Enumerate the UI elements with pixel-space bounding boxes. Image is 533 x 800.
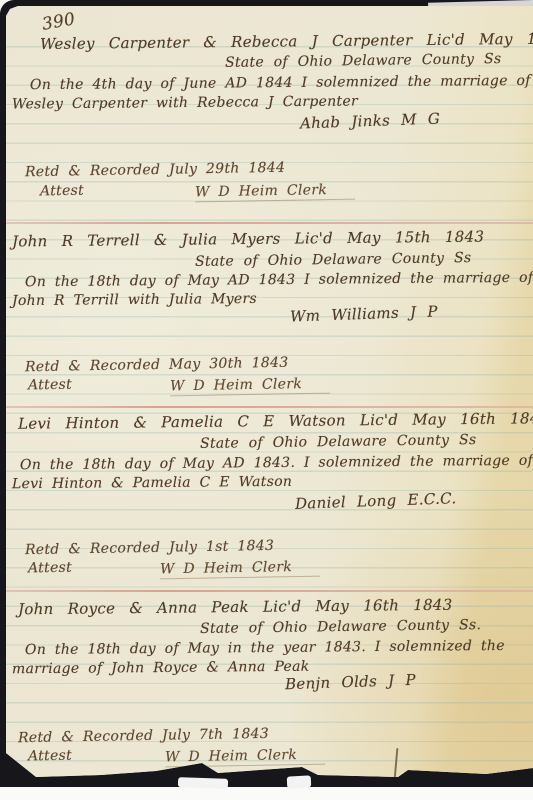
state-county-line: State of Ohio Delaware County Ss bbox=[225, 51, 502, 71]
section-divider-line bbox=[6, 406, 533, 408]
photo-bottom-background bbox=[0, 787, 533, 800]
paper-tear-crack bbox=[394, 748, 399, 780]
recorded-line: Retd & Recorded July 7th 1843 bbox=[18, 726, 269, 746]
attest-label: Attest bbox=[28, 377, 72, 394]
state-county-line: State of Ohio Delaware County Ss bbox=[195, 250, 472, 270]
couple-line: John R Terrill with Julia Myers bbox=[12, 291, 257, 309]
couple-line: marriage of John Royce & Anna Peak bbox=[12, 659, 310, 678]
clerk-signature: W D Heim Clerk bbox=[160, 559, 320, 580]
recorded-line: Retd & Recorded July 29th 1844 bbox=[25, 160, 285, 181]
torn-edge-notch bbox=[287, 775, 312, 788]
license-line: John R Terrell & Julia Myers Lic'd May 1… bbox=[12, 228, 484, 251]
section-divider-line bbox=[6, 590, 533, 592]
solemnized-line: On the 18th day of May AD 1843. I solemn… bbox=[20, 453, 533, 473]
state-county-line: State of Ohio Delaware County Ss. bbox=[200, 617, 481, 637]
officiant-signature: Ahab Jinks M G bbox=[300, 110, 441, 133]
page-number: 390 bbox=[41, 9, 77, 34]
attest-label: Attest bbox=[40, 183, 84, 200]
officiant-signature: Wm Williams J P bbox=[290, 302, 438, 325]
recorded-line: Retd & Recorded July 1st 1843 bbox=[25, 538, 274, 558]
scanned-ledger-photo: { "page_number": "390", "colors": { "pap… bbox=[0, 0, 533, 800]
ledger-page: 390 Wesley Carpenter & Rebecca J Carpent… bbox=[6, 6, 533, 778]
torn-edge-notch bbox=[178, 777, 228, 789]
attest-label: Attest bbox=[28, 748, 72, 765]
license-line: Wesley Carpenter & Rebecca J Carpenter L… bbox=[40, 29, 533, 53]
solemnized-line: On the 18th day of May in the year 1843.… bbox=[25, 638, 505, 658]
solemnized-line: On the 4th day of June AD 1844 I solemni… bbox=[30, 73, 531, 93]
section-divider-line bbox=[6, 222, 533, 224]
couple-line: Levi Hinton & Pamelia C E Watson bbox=[12, 474, 292, 492]
clerk-signature: W D Heim Clerk bbox=[165, 747, 325, 768]
state-county-line: State of Ohio Delaware County Ss bbox=[200, 432, 477, 452]
clerk-signature: W D Heim Clerk bbox=[170, 376, 330, 397]
license-line: John Royce & Anna Peak Lic'd May 16th 18… bbox=[18, 596, 453, 619]
solemnized-line: On the 18th day of May AD 1843 I solemni… bbox=[25, 270, 533, 290]
couple-line: Wesley Carpenter with Rebecca J Carpente… bbox=[12, 93, 358, 112]
license-line: Levi Hinton & Pamelia C E Watson Lic'd M… bbox=[18, 409, 533, 433]
officiant-signature: Benjn Olds J P bbox=[285, 671, 416, 694]
officiant-signature: Daniel Long E.C.C. bbox=[295, 489, 457, 513]
recorded-line: Retd & Recorded May 30th 1843 bbox=[25, 355, 289, 376]
attest-label: Attest bbox=[28, 560, 72, 577]
clerk-signature: W D Heim Clerk bbox=[195, 182, 355, 203]
